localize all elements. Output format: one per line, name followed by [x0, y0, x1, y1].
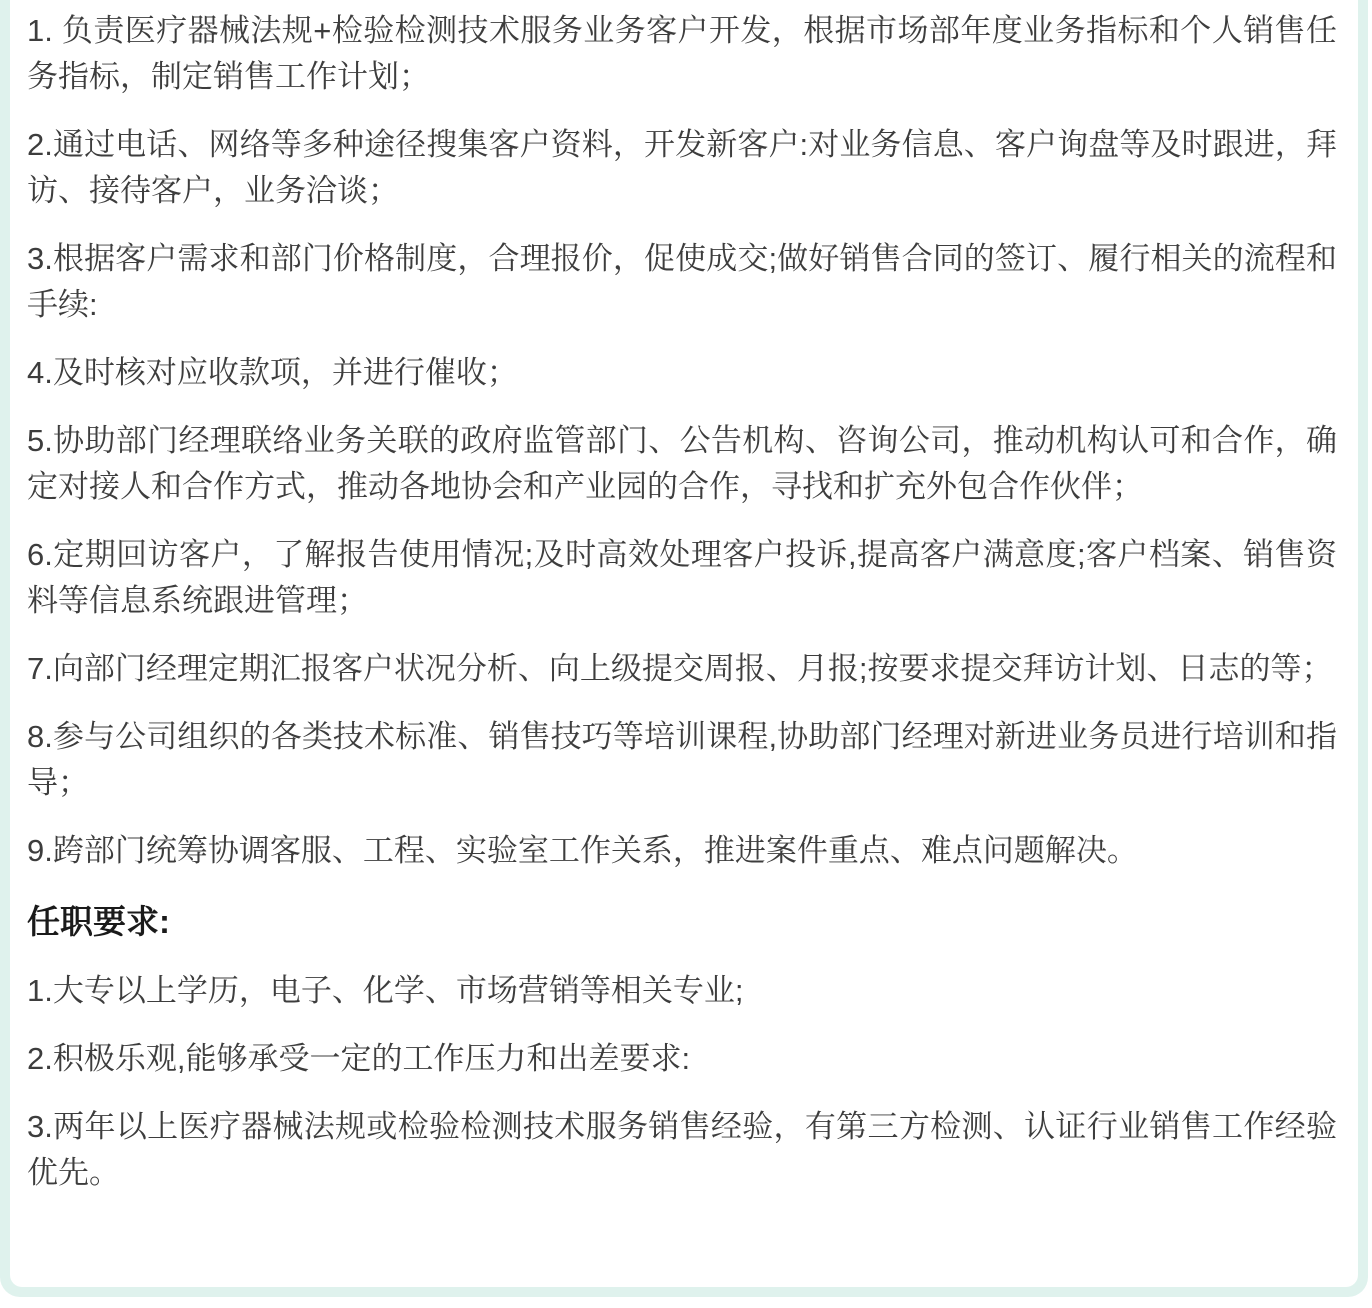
job-description-panel: 1. 负责医疗器械法规+检验检测技术服务业务客户开发，根据市场部年度业务指标和个… — [0, 0, 1368, 1297]
requirement-item: 2.积极乐观,能够承受一定的工作压力和出差要求: — [27, 1036, 1337, 1082]
requirement-item: 1.大专以上学历，电子、化学、市场营销等相关专业; — [27, 968, 1337, 1014]
responsibility-item: 1. 负责医疗器械法规+检验检测技术服务业务客户开发，根据市场部年度业务指标和个… — [27, 8, 1337, 100]
responsibility-item: 6.定期回访客户，了解报告使用情况;及时高效处理客户投诉,提高客户满意度;客户档… — [27, 532, 1337, 624]
responsibility-item: 7.向部门经理定期汇报客户状况分析、向上级提交周报、月报;按要求提交拜访计划、日… — [27, 646, 1337, 692]
responsibility-item: 4.及时核对应收款项，并进行催收； — [27, 350, 1337, 396]
requirements-heading: 任职要求: — [27, 898, 1337, 946]
job-description-card: 1. 负责医疗器械法规+检验检测技术服务业务客户开发，根据市场部年度业务指标和个… — [10, 0, 1358, 1287]
responsibility-item: 2.通过电话、网络等多种途径搜集客户资料，开发新客户:对业务信息、客户询盘等及时… — [27, 122, 1337, 214]
responsibility-item: 3.根据客户需求和部门价格制度，合理报价，促使成交;做好销售合同的签订、履行相关… — [27, 236, 1337, 328]
responsibility-item: 8.参与公司组织的各类技术标准、销售技巧等培训课程,协助部门经理对新进业务员进行… — [27, 714, 1337, 806]
responsibility-item: 9.跨部门统筹协调客服、工程、实验室工作关系，推进案件重点、难点问题解决。 — [27, 828, 1337, 874]
requirement-item: 3.两年以上医疗器械法规或检验检测技术服务销售经验，有第三方检测、认证行业销售工… — [27, 1104, 1337, 1196]
responsibility-item: 5.协助部门经理联络业务关联的政府监管部门、公告机构、咨询公司，推动机构认可和合… — [27, 418, 1337, 510]
